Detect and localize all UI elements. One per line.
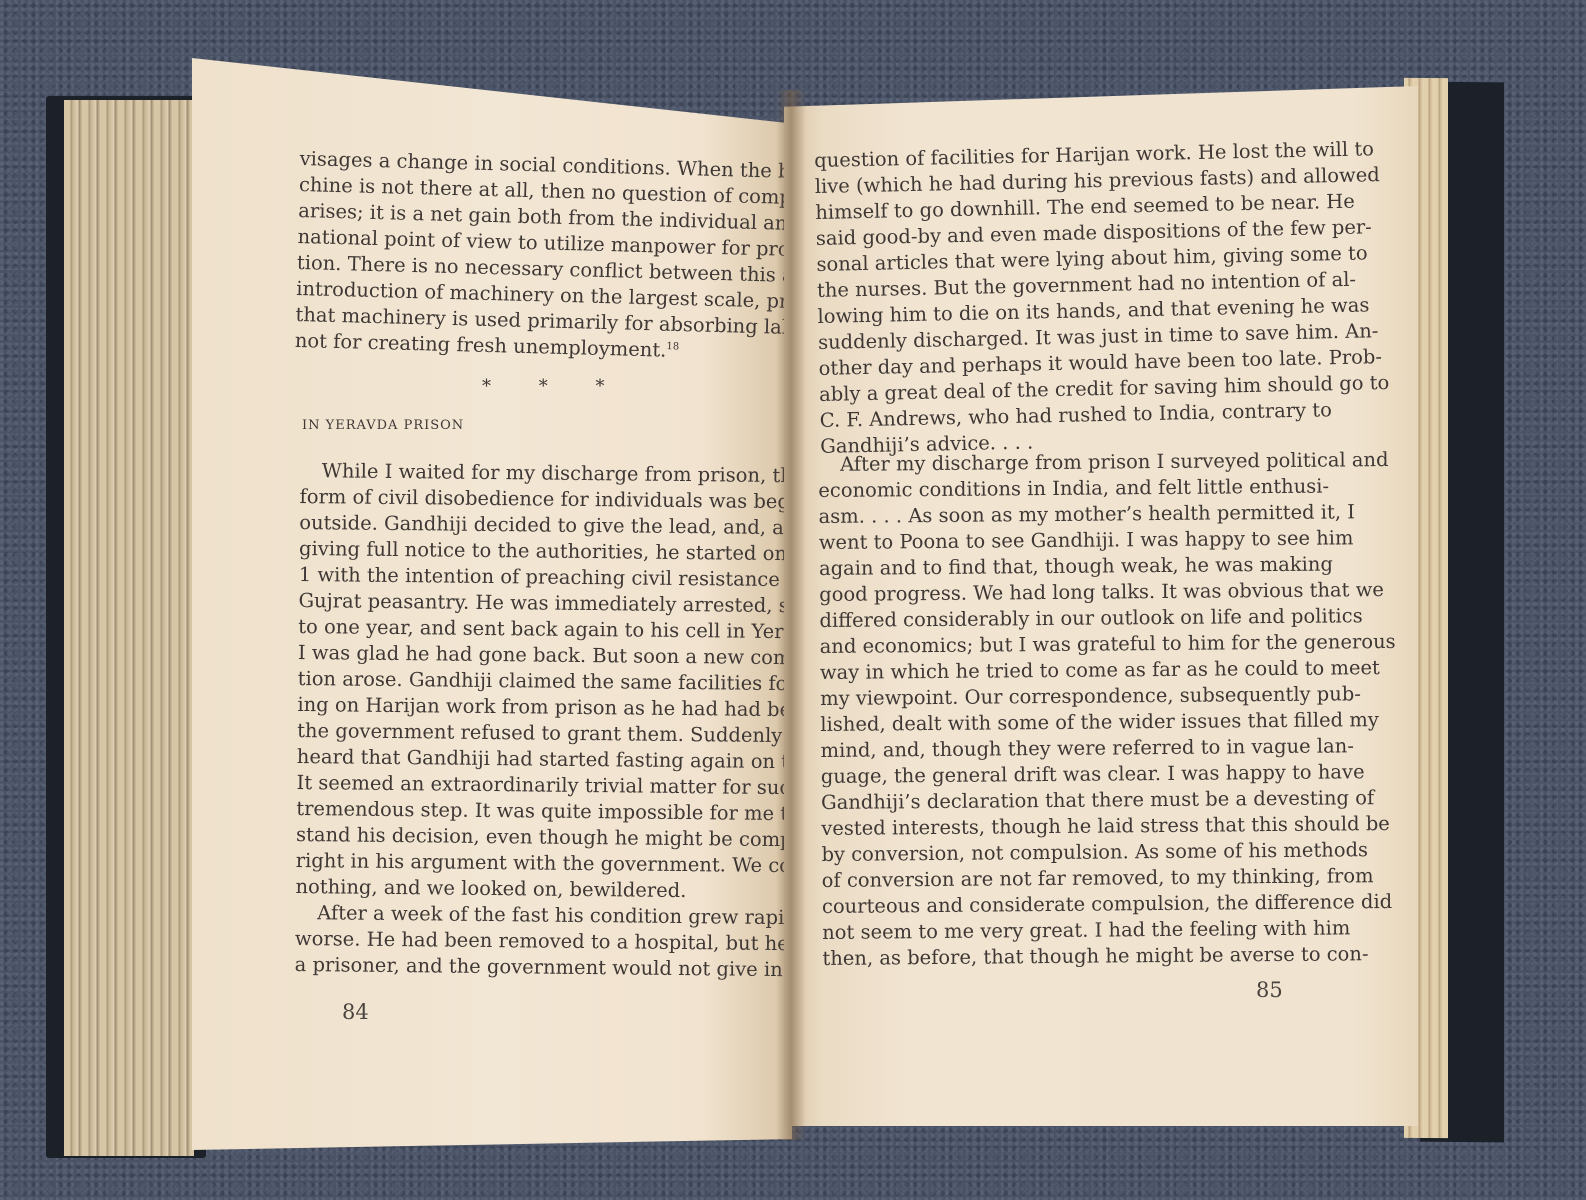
left-paragraph-1: visages a change in social conditions. W…	[295, 146, 770, 366]
right-paragraph-1: question of facilities for Harijan work.…	[814, 138, 1310, 460]
page-edges-left	[64, 100, 194, 1156]
text-line: then, as before, that though he might be…	[822, 942, 1314, 972]
text-line: a prisoner, and the government would not…	[295, 952, 765, 983]
book-gutter	[776, 90, 806, 1140]
page-number-left: 84	[342, 1000, 369, 1024]
right-paragraph-2: After my discharge from prison I surveye…	[818, 448, 1315, 972]
page-number-right: 85	[1256, 978, 1283, 1002]
section-heading: In Yeravda Prison	[302, 418, 464, 433]
right-page: question of facilities for Harijan work.…	[784, 86, 1418, 1126]
footnote-reference: 18	[666, 341, 679, 352]
asterisk: *	[539, 376, 548, 397]
left-page: visages a change in social conditions. W…	[192, 58, 792, 1150]
asterisk: *	[482, 376, 491, 397]
section-separator: * * *	[482, 376, 646, 397]
asterisk: *	[595, 376, 604, 397]
left-paragraph-2: While I waited for my discharge from pri…	[295, 458, 770, 983]
